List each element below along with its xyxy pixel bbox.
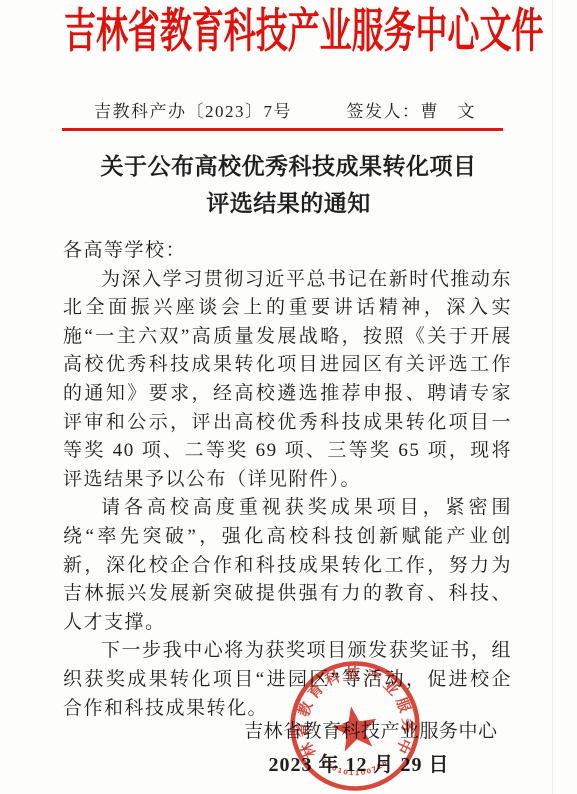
salutation: 各高等学校：: [63, 237, 512, 266]
doc-meta-row: 吉教科产办〔2023〕7号 签发人：曹 文: [62, 97, 510, 122]
masthead-title: 吉林省教育科技产业服务中心文件: [64, 4, 543, 60]
body-paragraph-1: 为深入学习贯彻习近平总书记在新时代推动东北全面振兴座谈会上的重要讲话精神，深入实…: [63, 266, 512, 495]
signature-block: 吉林省教育科技产业服务中心 2023 年 12 月 29 日: [244, 716, 474, 777]
subject-line-2: 评选结果的通知: [40, 185, 537, 222]
body-paragraph-2: 请各高校高度重视获奖成果项目，紧密围绕“率先突破”，强化高校科技创新赋能产业创新…: [63, 494, 512, 637]
signature-org: 吉林省教育科技产业服务中心: [244, 716, 474, 743]
issuer-label: 签发人：: [347, 102, 421, 121]
red-masthead: 吉林省教育科技产业服务中心文件: [64, 4, 512, 60]
official-document-page: 吉林省教育科技产业服务中心文件 吉教科产办〔2023〕7号 签发人：曹 文 关于…: [0, 0, 577, 794]
signature-date: 2023 年 12 月 29 日: [244, 748, 474, 777]
subject-line-1: 关于公布高校优秀科技成果转化项目: [40, 148, 537, 185]
scan-edge-artifact: [552, 0, 553, 794]
issuer: 签发人：曹 文: [347, 97, 511, 122]
document-body: 各高等学校： 为深入学习贯彻习近平总书记在新时代推动东北全面振兴座谈会上的重要讲…: [63, 237, 512, 723]
body-paragraph-3: 下一步我中心将为获奖项目颁发获奖证书，组织获奖成果转化项目“进园区”等活动，促进…: [63, 637, 512, 723]
red-divider-line: [62, 128, 503, 131]
doc-number: 吉教科产办〔2023〕7号: [62, 97, 292, 122]
document-subject: 关于公布高校优秀科技成果转化项目 评选结果的通知: [40, 148, 537, 222]
issuer-name: 曹 文: [421, 102, 477, 121]
